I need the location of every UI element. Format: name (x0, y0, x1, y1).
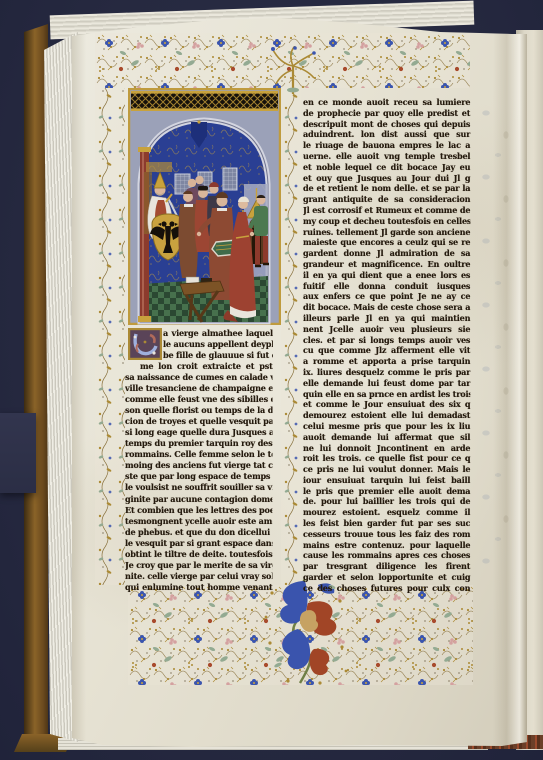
text-line: si long eage quelle dura Jusques au (125, 427, 273, 438)
text-line: ruines. tellement Jl garde son anciene (303, 227, 470, 238)
text-line: demourez estoient elle lui demadast (303, 410, 470, 421)
text-line: et noble lequel ce dit bocace Jay eu (303, 162, 470, 173)
text-line: celui mesme pris que pour les ix liu (303, 421, 470, 432)
text-line: Je croy que par le merite de sa virgi (125, 560, 273, 571)
left-text-column: a vierge almathee laquelle aucuns appell… (163, 328, 274, 361)
column-divider-border (281, 88, 301, 585)
manuscript-photo: { "palette":{ "backdrop":"#262940","parc… (0, 0, 543, 760)
text-line: ginite par aucune contagion dome. (125, 494, 273, 505)
text-line: sa naissance de cumes en calade vne (125, 372, 273, 383)
text-line: en ce monde auoit receu sa lumiere (303, 97, 470, 108)
right-text-column: en ce monde auoit receu sa lumierede pro… (303, 97, 472, 594)
text-line: auoit demande lui affermat que sil (303, 432, 470, 443)
text-line: de prophecie par quoy elle predist et (303, 108, 470, 119)
text-line: aduindrent. lon dist aussi que sur (303, 129, 470, 140)
text-line: les feist bien garder fut par ses suc (303, 518, 470, 529)
miniature (128, 88, 281, 325)
divider-tree-ornament (270, 46, 316, 94)
text-line: grandeur et magnificence. En oultre (303, 259, 470, 270)
text-line: le aucuns appellent deyph (163, 339, 273, 350)
text-line: maieste que encores a ceulz qui se re (303, 237, 470, 248)
text-line: mourez estoient. esquelz comme il (303, 507, 470, 518)
text-line: Et combien que les lettres des poetes (125, 505, 273, 516)
left-text-column: sa naissance de cumes en calade vneville… (125, 372, 274, 593)
text-line: cesseurs trouue tous les faiz des rom (303, 529, 470, 540)
text-line: le vesquit par si grant espace dans et (125, 538, 273, 549)
text-line: de phebus. et que du don dicellui el (125, 527, 273, 538)
text-line: nent Jcelle auoir veu plusieurs sie (303, 324, 470, 335)
text-line: a romme et apporta a prise tarquin (303, 356, 470, 367)
text-line: moing des anciens fut vierge tat cha (125, 460, 273, 471)
text-line: cu que comme Jlz afferment elle vit (303, 345, 470, 356)
text-line: cause les rommains apres ces choses (303, 550, 470, 561)
text-line: comme elle feust vne des sibilles dis (125, 394, 273, 405)
text-line: uerne. elle auoit vng temple tresbel (303, 151, 470, 162)
text-line: le voulsist ne souffrit souiller sa vir (125, 482, 273, 493)
text-line: ce des choses futures pour culx con (303, 583, 470, 594)
text-line: par tresgrant diligence les firent (303, 561, 470, 572)
text-line: illeurs parle Jl en ya qui maintien (303, 313, 470, 324)
text-line: gardent donne Jl admiration de sa (303, 248, 470, 259)
text-line: le riuage de bauona empres le lac a (303, 140, 470, 151)
text-line: cles. et par si longs temps auoir ves (303, 335, 470, 346)
text-line: cion de troyes et quelle vesquit par (125, 416, 273, 427)
text-line: descripuit mont de choses qui depuis (303, 119, 470, 130)
manuscript-page: L a vierge almathee laquelle aucuns appe… (72, 16, 527, 750)
text-line: de et retient le nom delle. et se par la (303, 183, 470, 194)
text-line: my coup et decheu toutesfois en celles (303, 216, 470, 227)
text-line: rommains. Celle femme selon le tes (125, 449, 273, 460)
text-line: nite. celle vierge par celui vray soleil (125, 571, 273, 582)
bookmark-tab (0, 413, 36, 493)
text-line: dit bocace. Mais de ceste chose sera a (303, 302, 470, 313)
text-line: et ouy que Jusques au Jour dui Jl g (303, 173, 470, 184)
text-line: me lon croit extraicte et pst (140, 361, 273, 372)
text-line: a vierge almathee laquel (163, 328, 273, 339)
text-line: il en ya qui dient que a enee lors es (303, 270, 470, 281)
text-line: Jl est corrosif et Rumeux et comme de (303, 205, 470, 216)
text-line: fuitif elle donna conduit iusques (303, 281, 470, 292)
text-line: et comme le Jour ensuiuat des six q (303, 399, 470, 410)
text-line: le pris que premier elle auoit dema (303, 486, 470, 497)
text-line: ste que par long espace de temps ql (125, 471, 273, 482)
text-line: ix. liures desquelz comme le pris par (303, 367, 470, 378)
text-line: elle demande lui feust dome par tar (303, 378, 470, 389)
book-cover-edge (24, 22, 48, 752)
text-line: garder et selon lopportunite et cuig (303, 572, 470, 583)
text-line: mains estre contenuz. pour laquelle (303, 540, 470, 551)
text-line: roit les trois. ce quelle fist pour ce q (303, 453, 470, 464)
text-line: temps du premier tarquin roy des (125, 438, 273, 449)
text-line: ne lui donnoit Jncontinent en arde (303, 443, 470, 454)
text-line: son quelle florist ou temps de la desle (125, 405, 273, 416)
text-line: quin elle en sa prnce en ardist les troi… (303, 389, 470, 400)
text-line: grant antiquite de sa consideracion (303, 194, 470, 205)
text-line: iour ensuiuat tarquin lui feist baill (303, 475, 470, 486)
left-text-column: me lon croit extraicte et pst (140, 361, 274, 372)
text-line: ce pris ne lui voulut donner. Mais le (303, 464, 470, 475)
text-line: tesmongnent ycelle auoir este amee (125, 516, 273, 527)
text-line: obtint le tiltre de deite. toutesfois (125, 549, 273, 560)
text-line: de. pour lui baillier les trois qui de (303, 496, 470, 507)
text-line: aux enfers ce que point Je ne ay ce (303, 291, 470, 302)
show-through (476, 101, 522, 571)
left-floral-border (95, 88, 125, 585)
text-line: qui enlumine tout homme venant (125, 582, 273, 593)
text-line: be fille de glauuue si fut co (163, 350, 273, 361)
text-line: ville tresanciene de champaigne et (125, 383, 273, 394)
illuminated-initial (128, 328, 162, 360)
